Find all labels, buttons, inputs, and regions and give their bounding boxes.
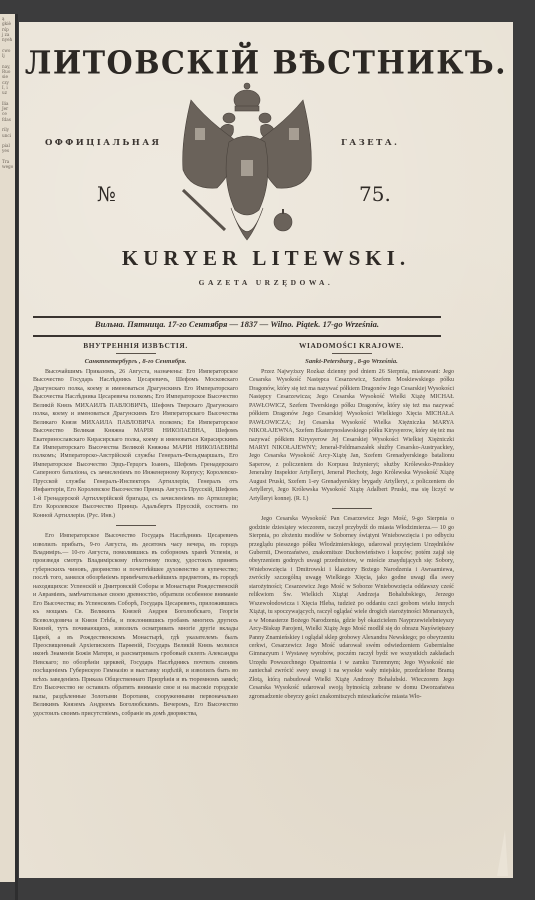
article-place-date: Sankt-Petersburg , 8-go Września. [249, 358, 454, 366]
official-label-right: ГАЗЕТА. [341, 138, 399, 148]
paragraph-text: Его Императорское Высочество Государь На… [33, 532, 238, 718]
book-spine [15, 14, 18, 900]
dateline-bottom-rule [33, 335, 441, 337]
paragraph-text: Высочайшимъ Приказомъ, 26 Августа, назна… [33, 368, 238, 520]
article-separator [116, 525, 156, 526]
section-heading-polish: WIADOMOŚCI KRAJOWE. [249, 342, 454, 350]
section-heading-russian: ВНУТРЕННІЯ ИЗВѢСТІЯ. [33, 342, 238, 350]
issue-number-label: № [97, 182, 116, 206]
article-paragraph: Jego Cesarska Wysokość Pan Cesarzewicz J… [249, 515, 454, 701]
column-polish: WIADOMOŚCI KRAJOWE. Sankt-Petersburg , 8… [249, 342, 454, 701]
dateline-top-rule [33, 316, 441, 318]
column-russian: ВНУТРЕННІЯ ИЗВѢСТІЯ. Санктпетербургъ , 8… [33, 342, 238, 718]
masthead-title-polish: KURYER LITEWSKI. [19, 246, 513, 271]
heading-rule [332, 353, 372, 354]
official-label-left: ОФФИЦІАЛЬНАЯ [45, 138, 161, 148]
paragraph-text: Jego Cesarska Wysokość Pan Cesarzewicz J… [249, 515, 454, 701]
article-paragraph: Высочайшимъ Приказомъ, 26 Августа, назна… [33, 368, 238, 520]
newspaper-page: ЛИТОВСКІЙ ВѢСТНИКЪ. ОФФИЦІАЛЬНАЯ ГАЗЕТА.… [19, 22, 513, 878]
article-place-date: Санктпетербургъ , 8-го Сентября. [33, 358, 238, 366]
issue-number: 75. [359, 182, 391, 206]
dateline: Вильна. Пятница. 17-го Сентября — 1837 —… [33, 319, 441, 329]
article-paragraph: Его Императорское Высочество Государь На… [33, 532, 238, 718]
masthead-subtitle-polish: GAZETA URZĘDOWA. [19, 278, 513, 287]
page-corner-curl [497, 830, 508, 876]
article-paragraph: Przez Najwyższy Rozkaz dzienny pod dniem… [249, 368, 454, 503]
heading-rule [116, 353, 156, 354]
double-headed-eagle-icon [177, 80, 317, 260]
paragraph-text: Przez Najwyższy Rozkaz dzienny pod dniem… [249, 368, 454, 503]
masthead-title-russian: ЛИТОВСКІЙ ВѢСТНИКЪ. [19, 45, 513, 82]
article-separator [332, 508, 372, 509]
